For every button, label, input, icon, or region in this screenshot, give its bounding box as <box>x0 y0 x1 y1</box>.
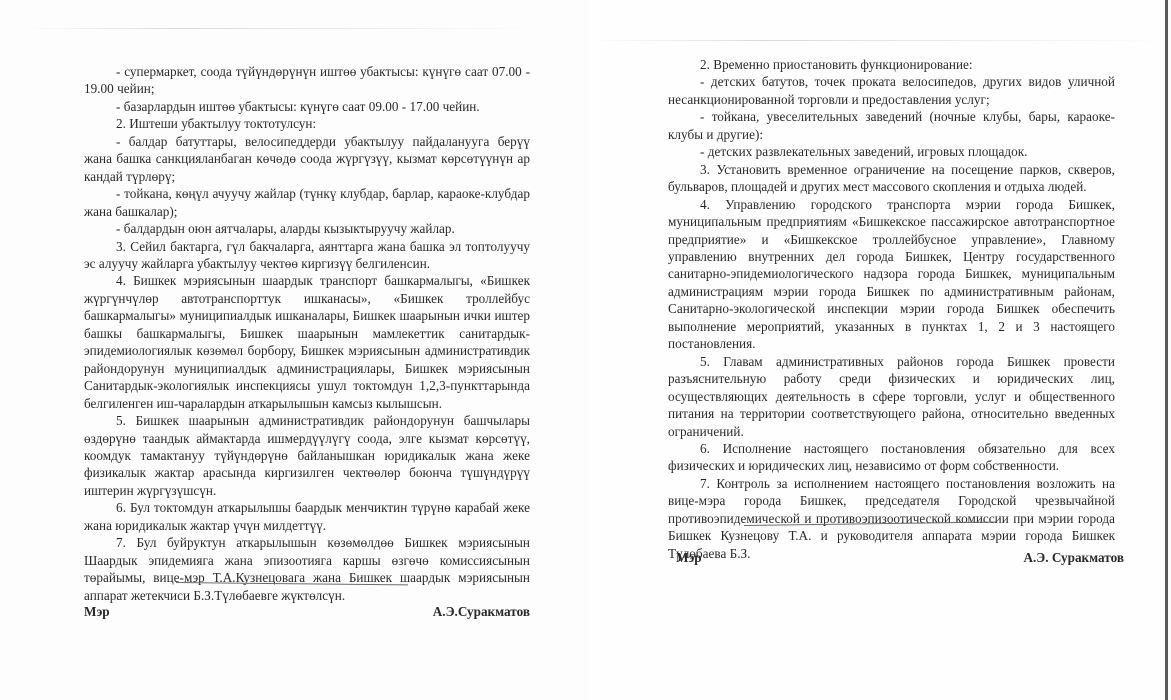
paragraph: - детских развлекательных заведений, игр… <box>668 143 1115 160</box>
paragraph: - базарлардын иштөө убактысы: күнүгө саа… <box>84 98 530 115</box>
paragraph: - балдар батуттары, велосипеддерди убакт… <box>84 133 530 185</box>
paragraph: - тойкана, көңүл ачуучу жайлар (түнкү кл… <box>84 185 530 220</box>
paragraph: - балдардын оюн аятчалары, аларды кызыкт… <box>84 220 530 237</box>
scan-artifact-line <box>20 28 540 29</box>
signatory-title: Мэр <box>84 604 110 620</box>
paragraph: - супермаркет, соода түйүндөрүнүн иштөө … <box>84 63 530 98</box>
paragraph: 4. Бишкек мэриясынын шаардык транспорт б… <box>84 272 530 412</box>
paragraph: 6. Исполнение настоящего постановления о… <box>668 440 1115 475</box>
page-edge-shadow <box>1165 0 1168 700</box>
left-page-kyrgyz: - супермаркет, соода түйүндөрүнүн иштөө … <box>0 0 590 700</box>
paragraph: 2. Временно приостановить функционирован… <box>668 56 1115 73</box>
scan-artifact-line <box>590 40 1168 41</box>
paragraph: 3. Установить временное ограничение на п… <box>668 161 1115 196</box>
left-page-text: - супермаркет, соода түйүндөрүнүн иштөө … <box>84 63 530 604</box>
signatory-name: А.Э. Суракматов <box>1023 550 1124 566</box>
paragraph: 3. Сейил бактарга, гүл бакчаларга, аянтт… <box>84 238 530 273</box>
paragraph: 2. Иштеши убактылуу токтотулсун: <box>84 115 530 132</box>
signatory-name: А.Э.Суракматов <box>433 604 530 620</box>
paragraph: - тойкана, увеселительных заведений (ноч… <box>668 108 1115 143</box>
paragraph: 6. Бул токтомдун аткарылышы баардык менч… <box>84 499 530 534</box>
paragraph: 5. Бишкек шаарынын административдик райо… <box>84 412 530 499</box>
paragraph: - детских батутов, точек проката велосип… <box>668 73 1115 108</box>
scanned-document-spread: - супермаркет, соода түйүндөрүнүн иштөө … <box>0 0 1171 700</box>
paragraph: 5. Главам административных районов город… <box>668 353 1115 440</box>
signatory-title: Мэр <box>676 550 702 566</box>
right-page-text: 2. Временно приостановить функционирован… <box>668 56 1115 562</box>
paragraph: 7. Бул буйруктун аткарылышын көзөмөлдөө … <box>84 534 530 604</box>
paragraph: 4. Управлению городского транспорта мэри… <box>668 196 1115 353</box>
